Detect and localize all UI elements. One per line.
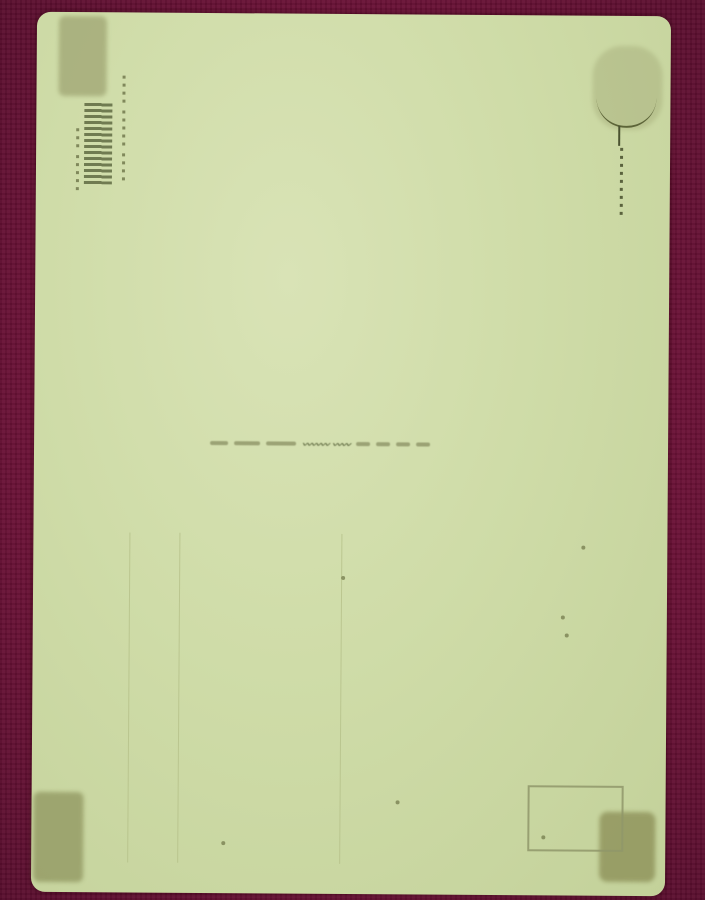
speck — [221, 841, 225, 845]
speck — [541, 835, 545, 839]
barcode-icon — [84, 102, 113, 184]
faint-rule — [127, 532, 130, 862]
speck — [581, 546, 585, 550]
speck — [561, 615, 565, 619]
faint-rule — [177, 533, 180, 863]
faint-rule — [339, 534, 342, 864]
illegible-text — [210, 441, 228, 445]
vertical-print-left-2: ▪▪▪▪ ▪▪▪▪▪ ▪▪▪▪ — [120, 52, 128, 182]
illegible-text — [396, 442, 410, 446]
illegible-text — [416, 442, 430, 446]
stamp-box — [527, 785, 623, 852]
publisher-logo: 〰〰〰 〰〰 — [302, 437, 350, 450]
illegible-text — [266, 441, 296, 445]
corner-tick-mark — [618, 126, 620, 146]
vertical-print-left: ▪▪▪▪▪ ▪▪▪ — [74, 112, 82, 192]
speck — [565, 633, 569, 637]
tape-stain-bottom-left — [33, 792, 84, 882]
postcard-back: ▪▪▪▪▪ ▪▪▪ ▪▪▪▪ ▪▪▪▪▪ ▪▪▪▪ ▪▪▪▪▪▪▪▪▪ 〰〰〰 … — [31, 12, 671, 896]
speck — [341, 576, 345, 580]
publisher-line: 〰〰〰 〰〰 — [210, 437, 480, 451]
tape-stain-top-left — [58, 16, 107, 96]
speck — [396, 800, 400, 804]
illegible-text — [376, 442, 390, 446]
vertical-print-right: ▪▪▪▪▪▪▪▪▪ — [618, 146, 626, 226]
illegible-text — [356, 442, 370, 446]
illegible-text — [234, 441, 260, 445]
